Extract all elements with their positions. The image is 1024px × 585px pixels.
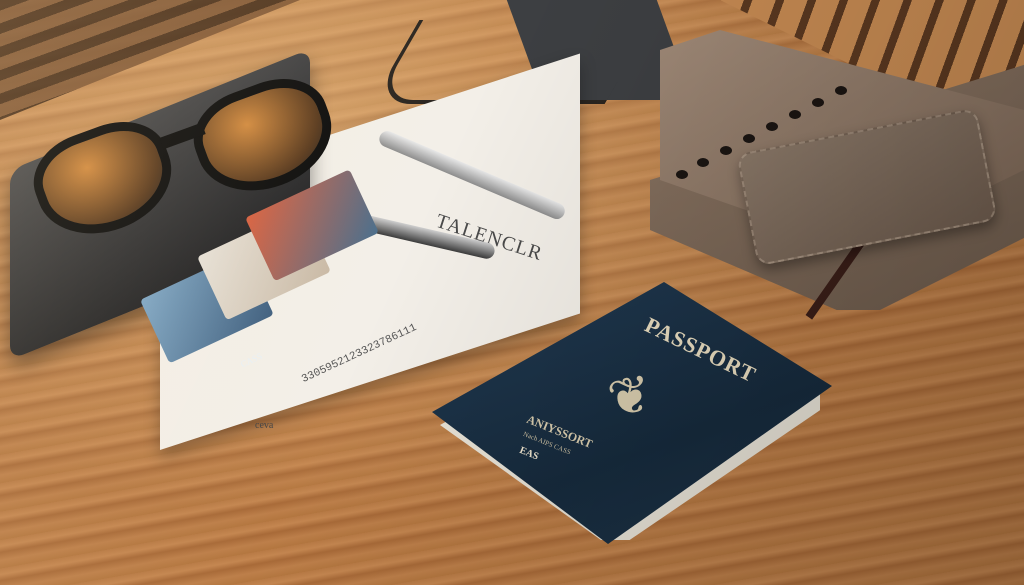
binding-hole — [743, 134, 755, 143]
photo-scene: TALENCLR 3305952123323786111 ceva CASS P… — [0, 0, 1024, 585]
binding-hole — [766, 122, 778, 131]
ticket-code: ceva — [255, 420, 273, 431]
binding-hole — [676, 170, 688, 179]
binding-hole — [835, 86, 847, 95]
binding-hole — [697, 158, 709, 167]
binding-hole — [720, 146, 732, 155]
binding-hole — [812, 98, 824, 107]
binding-hole — [789, 110, 801, 119]
